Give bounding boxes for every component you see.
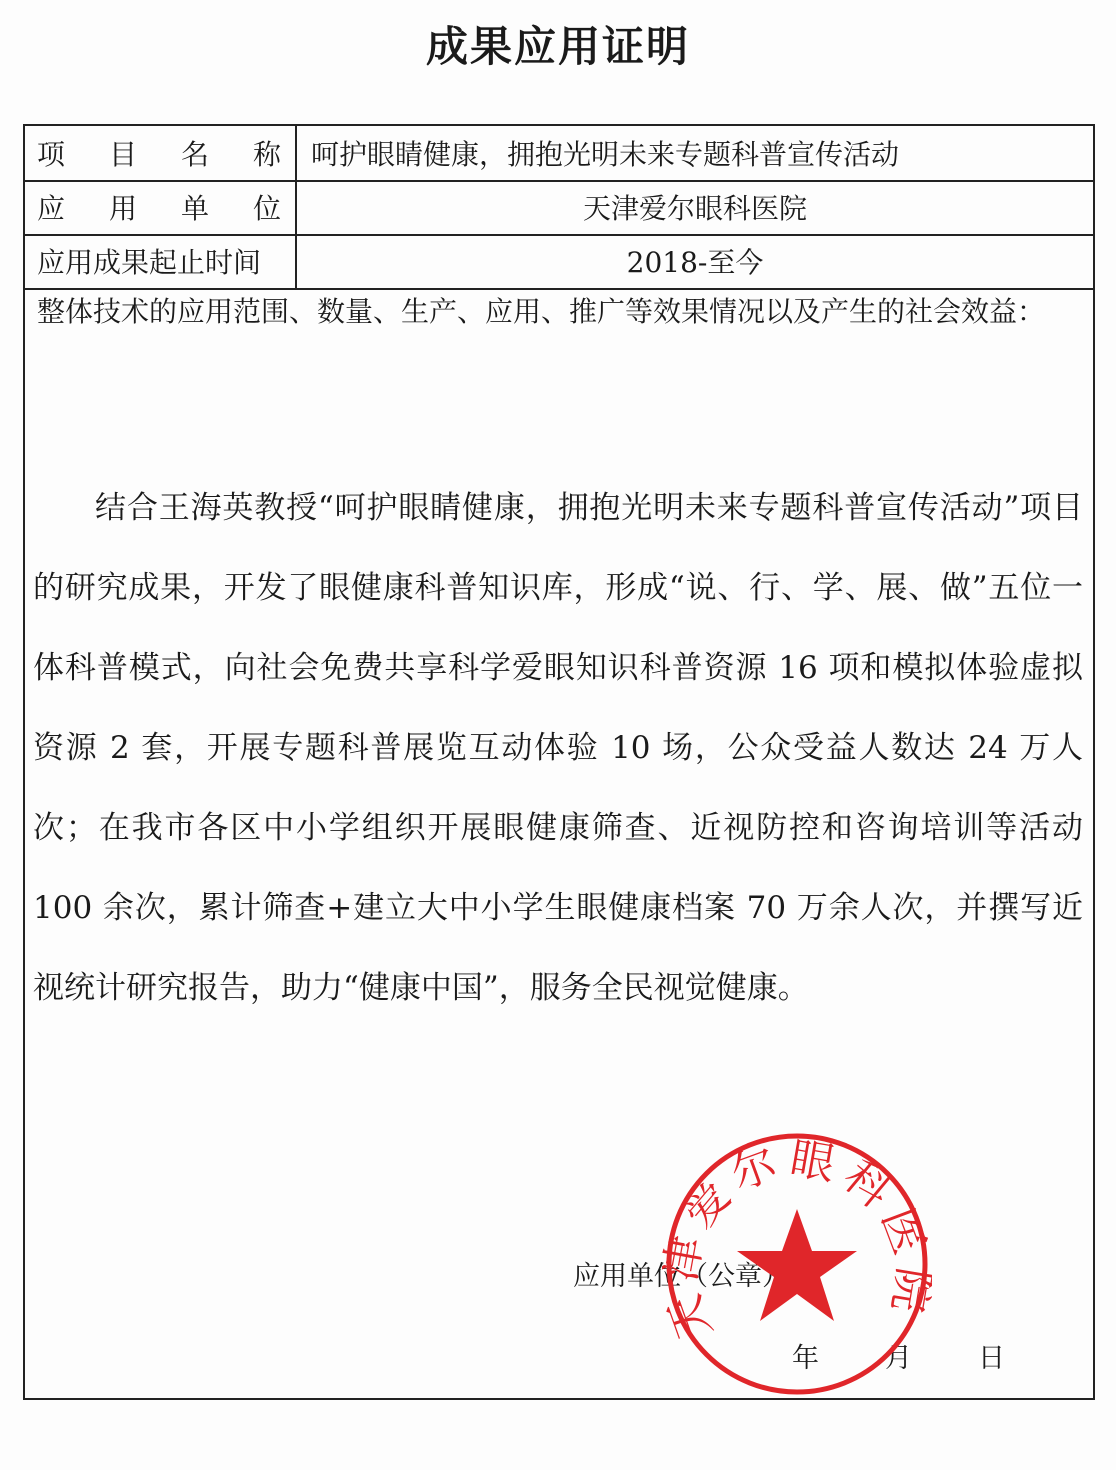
period-label: 应用成果起止时间 bbox=[25, 234, 297, 288]
label-char: 目 bbox=[109, 133, 137, 173]
document-title: 成果应用证明 bbox=[0, 14, 1116, 74]
certificate-table: 项 目 名 称 呵护眼睛健康，拥抱光明未来专题科普宣传活动 应 用 单 位 天津… bbox=[23, 124, 1095, 1400]
label-char: 项 bbox=[37, 133, 65, 173]
signature-label: 应用单位（公章） bbox=[573, 1254, 789, 1293]
application-unit-row: 应 用 单 位 天津爱尔眼科医院 bbox=[25, 180, 1093, 236]
date-month: 月 bbox=[885, 1336, 912, 1375]
svg-text:天津爱尔眼科医院: 天津爱尔眼科医院 bbox=[662, 1133, 932, 1347]
effects-body: 结合王海英教授“呵护眼睛健康，拥抱光明未来专题科普宣传活动”项目的研究成果，开发… bbox=[33, 468, 1083, 1028]
label-char: 位 bbox=[253, 187, 281, 227]
label-char: 应 bbox=[37, 187, 65, 227]
project-name-value: 呵护眼睛健康，拥抱光明未来专题科普宣传活动 bbox=[297, 126, 1093, 180]
application-unit-label: 应 用 单 位 bbox=[25, 180, 297, 234]
label-char: 用 bbox=[109, 187, 137, 227]
label-char: 称 bbox=[253, 133, 281, 173]
label-char: 单 bbox=[181, 187, 209, 227]
label-char: 名 bbox=[181, 133, 209, 173]
project-name-label: 项 目 名 称 bbox=[25, 126, 297, 180]
effects-heading: 整体技术的应用范围、数量、生产、应用、推广等效果情况以及产生的社会效益： bbox=[37, 292, 1081, 332]
date-year: 年 bbox=[792, 1336, 819, 1375]
period-row: 应用成果起止时间 2018-至今 bbox=[25, 234, 1093, 290]
date-day: 日 bbox=[978, 1336, 1005, 1375]
period-value: 2018-至今 bbox=[297, 234, 1093, 288]
project-name-row: 项 目 名 称 呵护眼睛健康，拥抱光明未来专题科普宣传活动 bbox=[25, 126, 1093, 182]
application-unit-value: 天津爱尔眼科医院 bbox=[297, 180, 1093, 234]
